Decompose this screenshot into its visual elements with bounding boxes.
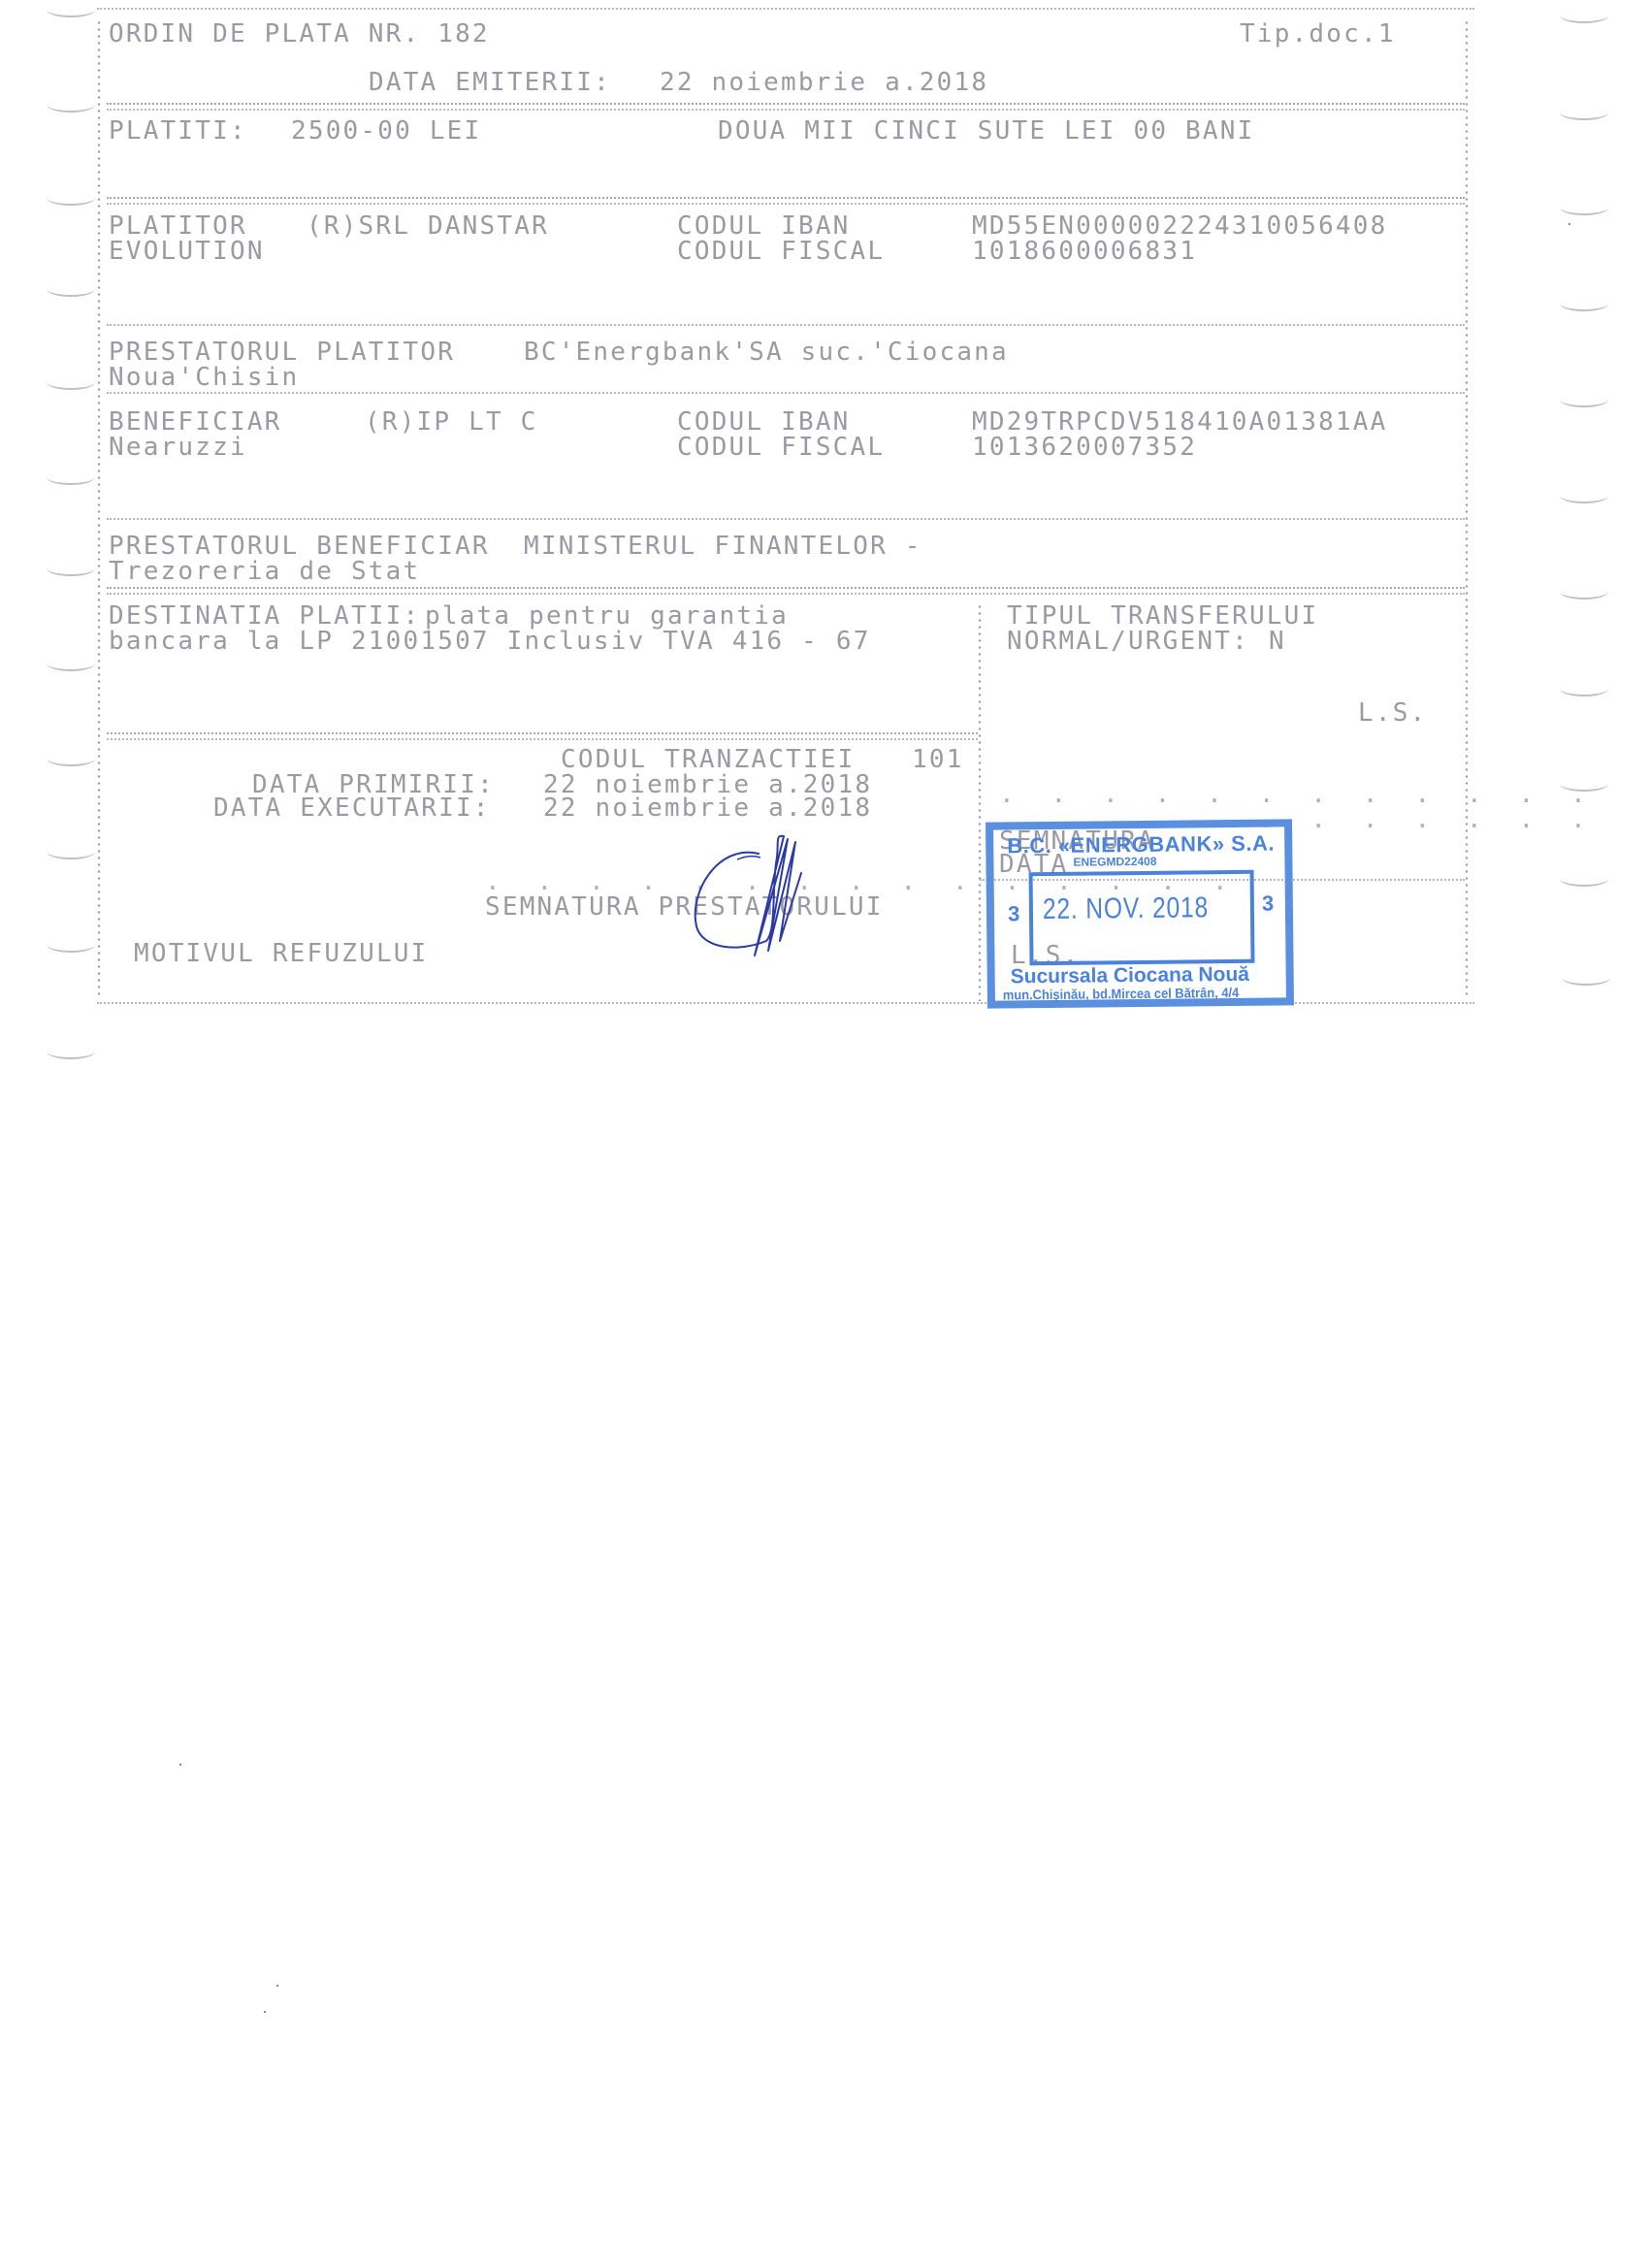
payment-purpose-label: DESTINATIA PLATII:: [109, 603, 420, 629]
document-type: Tip.doc.1: [1240, 21, 1396, 47]
handwritten-signature: [679, 834, 873, 960]
beneficiary-bank-name-line1: MINISTERUL FINANTELOR -: [524, 534, 922, 559]
beneficiary-name-line1: (R)IP LT C: [365, 409, 538, 435]
column-divider: [978, 603, 982, 1001]
payer-name-line2: EVOLUTION: [109, 239, 265, 264]
payer-name-line1: (R)SRL DANSTAR: [307, 213, 549, 239]
refusal-reason-label: MOTIVUL REFUZULUI: [134, 941, 429, 966]
frame-top-border: [97, 8, 1474, 10]
transaction-code: 101: [912, 747, 964, 772]
payer-label: PLATITOR: [109, 213, 247, 239]
dotted-placeholder: . . . . . . . . . . . .: [999, 782, 1588, 807]
bank-stamp: B.C. «ENERGBANK» S.A. ENEGMD22408 3 22. …: [986, 819, 1294, 1008]
separator: [107, 324, 1465, 326]
scan-speck: [1568, 223, 1570, 225]
transfer-type-option-label: NORMAL/URGENT:: [1007, 629, 1249, 654]
separator: [107, 197, 1465, 199]
beneficiary-fiscal-label: CODUL FISCAL: [677, 435, 885, 460]
executed-date-label: DATA EXECUTARII:: [213, 795, 491, 821]
amount-in-words: DOUA MII CINCI SUTE LEI 00 BANI: [718, 118, 1254, 144]
payment-purpose-line2: bancara la LP 21001507 Inclusiv TVA 416 …: [109, 629, 871, 654]
separator: [107, 732, 978, 734]
transaction-code-label: CODUL TRANZACTIEI: [561, 747, 856, 772]
issue-date-label: DATA EMITERII:: [369, 70, 611, 95]
beneficiary-label: BENEFICIAR: [109, 409, 282, 435]
payer-bank-name-line1: BC'Energbank'SA suc.'Ciocana: [524, 340, 1009, 365]
stamp-address: mun.Chişinău, bd.Mircea cel Bătrân, 4/4: [1003, 985, 1240, 1003]
separator: [107, 587, 1465, 589]
beneficiary-bank-name-line2: Trezoreria de Stat: [109, 559, 420, 584]
payer-iban: MD55EN000002224310056408: [972, 213, 1387, 239]
stamp-date: 22. NOV. 2018: [1043, 891, 1209, 926]
beneficiary-iban: MD29TRPCDV518410A01381AA: [972, 409, 1387, 435]
separator: [107, 518, 1465, 520]
stamp-bank-code: ENEGMD22408: [1073, 855, 1156, 869]
payment-order-page: ORDIN DE PLATA NR. 182 Tip.doc.1 DATA EM…: [0, 0, 1649, 2268]
payer-fiscal-code: 1018600006831: [972, 239, 1197, 264]
beneficiary-name-line2: Nearuzzi: [109, 435, 247, 460]
stamp-number-left: 3: [1008, 901, 1020, 926]
beneficiary-fiscal-code: 1013620007352: [972, 435, 1197, 460]
ls-mark-top: L.S.: [1358, 700, 1427, 726]
document-title: ORDIN DE PLATA NR. 182: [109, 21, 490, 47]
stamp-number-right: 3: [1262, 891, 1275, 917]
beneficiary-iban-label: CODUL IBAN: [677, 409, 851, 435]
separator: [107, 103, 1465, 105]
issue-date: 22 noiembrie a.2018: [660, 70, 988, 95]
scan-speck: [264, 2011, 266, 2013]
executed-date: 22 noiembrie a.2018: [543, 795, 872, 821]
beneficiary-bank-label: PRESTATORUL BENEFICIAR: [109, 534, 490, 559]
amount-label: PLATITI:: [109, 118, 247, 144]
frame-right-border: [1465, 19, 1469, 999]
payer-bank-label: PRESTATORUL PLATITOR: [109, 340, 455, 365]
separator: [107, 392, 1465, 394]
payer-bank-name-line2: Noua'Chisin: [109, 365, 299, 390]
amount-value: 2500-00 LEI: [291, 118, 481, 144]
payer-iban-label: CODUL IBAN: [677, 213, 851, 239]
scan-speck: [179, 1764, 181, 1766]
payment-purpose-line1: plata pentru garantia: [425, 603, 789, 629]
frame-left-border: [97, 19, 101, 999]
transfer-type-label: TIPUL TRANSFERULUI: [1007, 603, 1318, 629]
scan-speck: [276, 1985, 278, 1987]
payer-fiscal-label: CODUL FISCAL: [677, 239, 885, 264]
transfer-type-value: N: [1269, 629, 1286, 654]
